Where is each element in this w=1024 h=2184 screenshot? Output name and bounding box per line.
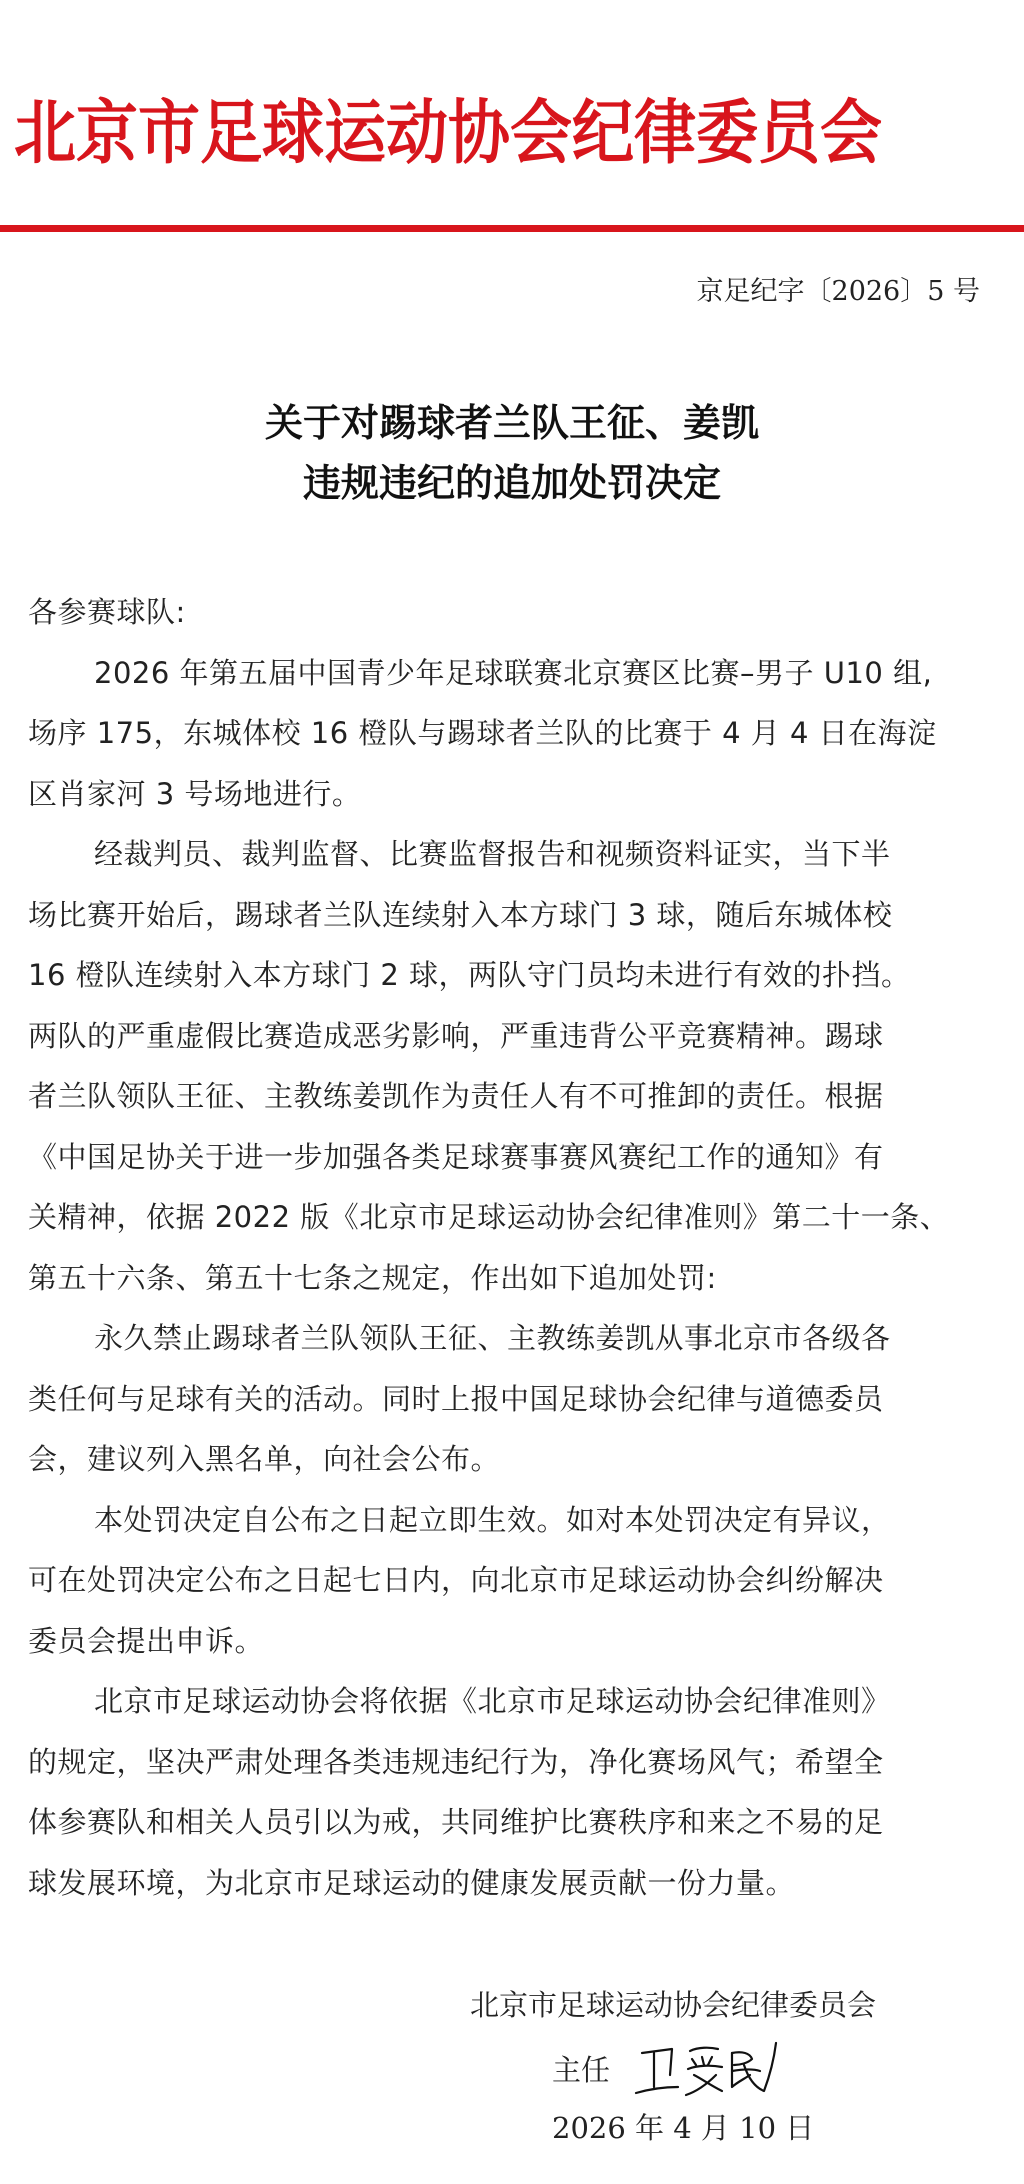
body-line: 《中国足协关于进一步加强各类足球赛事赛风赛纪工作的通知》有 (28, 1127, 1003, 1188)
body-line: 区肖家河 3 号场地进行。 (28, 764, 1003, 825)
issuer-masthead: 北京市足球运动协会纪律委员会 (0, 88, 1024, 178)
title-line-2: 违规违纪的追加处罚决定 (0, 453, 1024, 513)
signing-date: 2026 年 4 月 10 日 (552, 2108, 814, 2148)
body-line: 经裁判员、裁判监督、比赛监督报告和视频资料证实，当下半 (28, 824, 1003, 885)
body-line: 北京市足球运动协会将依据《北京市足球运动协会纪律准则》 (28, 1671, 1003, 1732)
body-line: 第五十六条、第五十七条之规定，作出如下追加处罚: (28, 1248, 1003, 1309)
document-title: 关于对踢球者兰队王征、姜凯 违规违纪的追加处罚决定 (0, 393, 1024, 513)
body-line: 类任何与足球有关的活动。同时上报中国足球协会纪律与道德委员 (28, 1369, 1003, 1430)
body-line: 场序 175，东城体校 16 橙队与踢球者兰队的比赛于 4 月 4 日在海淀 (28, 703, 1003, 764)
signatory-row: 主任 (552, 2035, 782, 2105)
salutation: 各参赛球队: (28, 582, 1003, 643)
title-line-1: 关于对踢球者兰队王征、姜凯 (0, 393, 1024, 453)
body-line: 永久禁止踢球者兰队领队王征、主教练姜凯从事北京市各级各 (28, 1308, 1003, 1369)
signing-organization: 北京市足球运动协会纪律委员会 (470, 1985, 876, 2025)
body-line: 本处罚决定自公布之日起立即生效。如对本处罚决定有异议， (28, 1490, 1003, 1551)
body-line: 可在处罚决定公布之日起七日内，向北京市足球运动协会纠纷解决 (28, 1550, 1003, 1611)
body-line: 的规定，坚决严肃处理各类违规违纪行为，净化赛场风气；希望全 (28, 1732, 1003, 1793)
document-body: 各参赛球队: 2026 年第五届中国青少年足球联赛北京赛区比赛–男子 U10 组… (28, 582, 1003, 1913)
body-line: 会，建议列入黑名单，向社会公布。 (28, 1429, 1003, 1490)
handwritten-signature-icon (632, 2035, 782, 2105)
body-line: 体参赛队和相关人员引以为戒，共同维护比赛秩序和来之不易的足 (28, 1792, 1003, 1853)
body-line: 场比赛开始后，踢球者兰队连续射入本方球门 3 球，随后东城体校 (28, 885, 1003, 946)
signatory-role: 主任 (552, 2050, 610, 2090)
body-line: 16 橙队连续射入本方球门 2 球，两队守门员均未进行有效的扑挡。 (28, 945, 1003, 1006)
red-divider-rule (0, 225, 1024, 232)
body-line: 委员会提出申诉。 (28, 1611, 1003, 1672)
body-line: 关精神，依据 2022 版《北京市足球运动协会纪律准则》第二十一条、 (28, 1187, 1003, 1248)
body-line: 2026 年第五届中国青少年足球联赛北京赛区比赛–男子 U10 组, (28, 643, 1003, 704)
body-line: 两队的严重虚假比赛造成恶劣影响，严重违背公平竞赛精神。踢球 (28, 1006, 1003, 1067)
body-line: 球发展环境，为北京市足球运动的健康发展贡献一份力量。 (28, 1853, 1003, 1914)
document-number: 京足纪字〔2026〕5 号 (697, 272, 980, 312)
body-line: 者兰队领队王征、主教练姜凯作为责任人有不可推卸的责任。根据 (28, 1066, 1003, 1127)
